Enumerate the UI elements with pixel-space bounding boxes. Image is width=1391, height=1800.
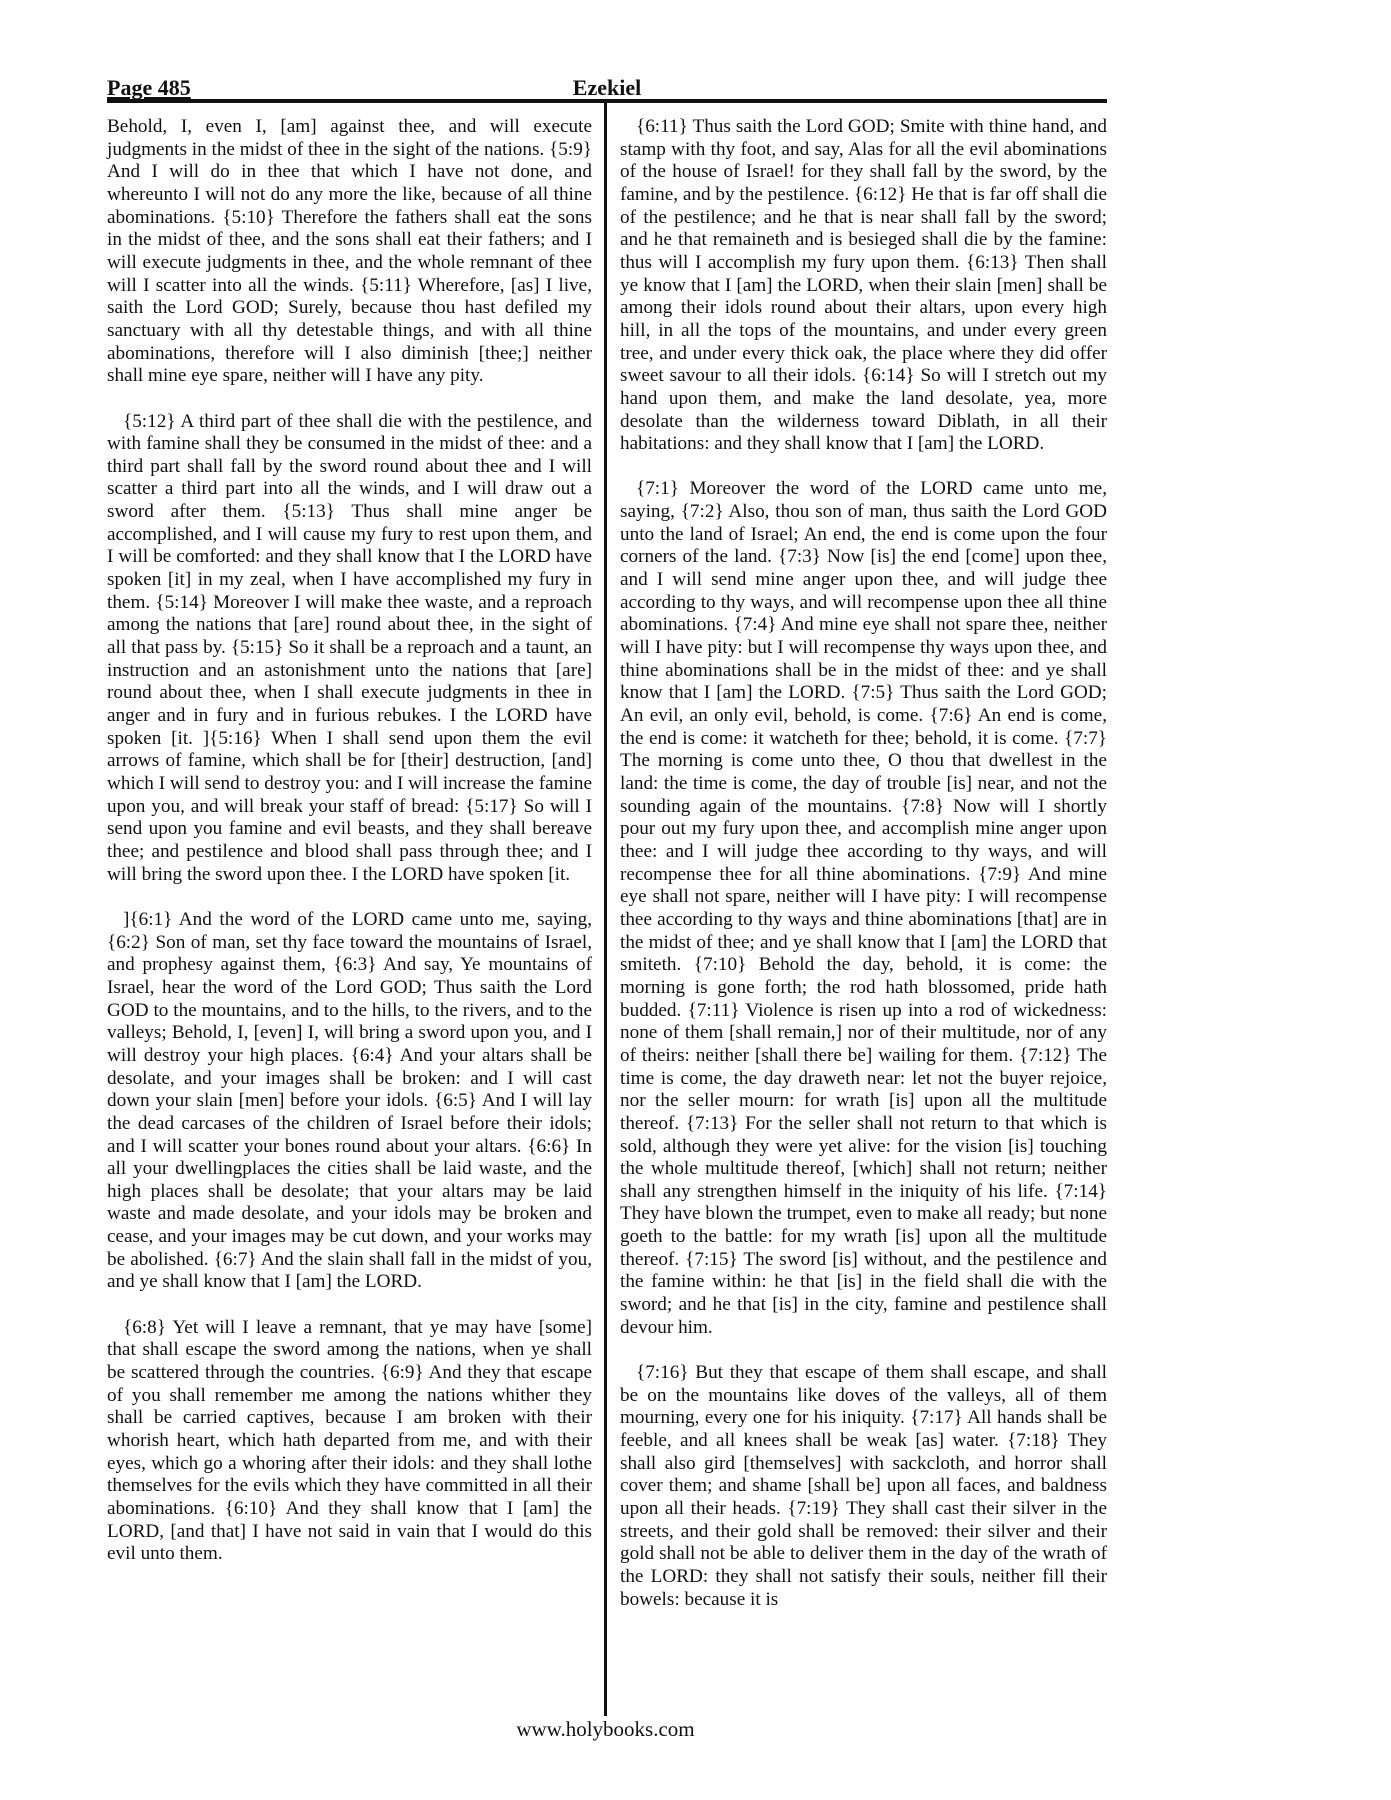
paragraph: {7:16} But they that escape of them shal… — [620, 1362, 1107, 1611]
paragraph: Behold, I, even I, [am] against thee, an… — [107, 116, 592, 388]
paragraph: {5:12} A third part of thee shall die wi… — [107, 411, 592, 887]
right-column: {6:11} Thus saith the Lord GOD; Smite wi… — [620, 116, 1107, 1634]
book-title: Ezekiel — [107, 76, 1107, 100]
paragraph: {6:8} Yet will I leave a remnant, that y… — [107, 1317, 592, 1566]
paragraph: {6:11} Thus saith the Lord GOD; Smite wi… — [620, 116, 1107, 456]
header-rule — [107, 99, 1107, 103]
paragraph: {7:1} Moreover the word of the LORD came… — [620, 478, 1107, 1339]
paragraph: ]{6:1} And the word of the LORD came unt… — [107, 909, 592, 1294]
column-divider — [604, 101, 607, 1716]
footer-website: www.holybooks.com — [0, 1716, 1211, 1742]
left-column: Behold, I, even I, [am] against thee, an… — [107, 116, 592, 1589]
page-header: Page 485 Ezekiel — [107, 76, 1107, 100]
